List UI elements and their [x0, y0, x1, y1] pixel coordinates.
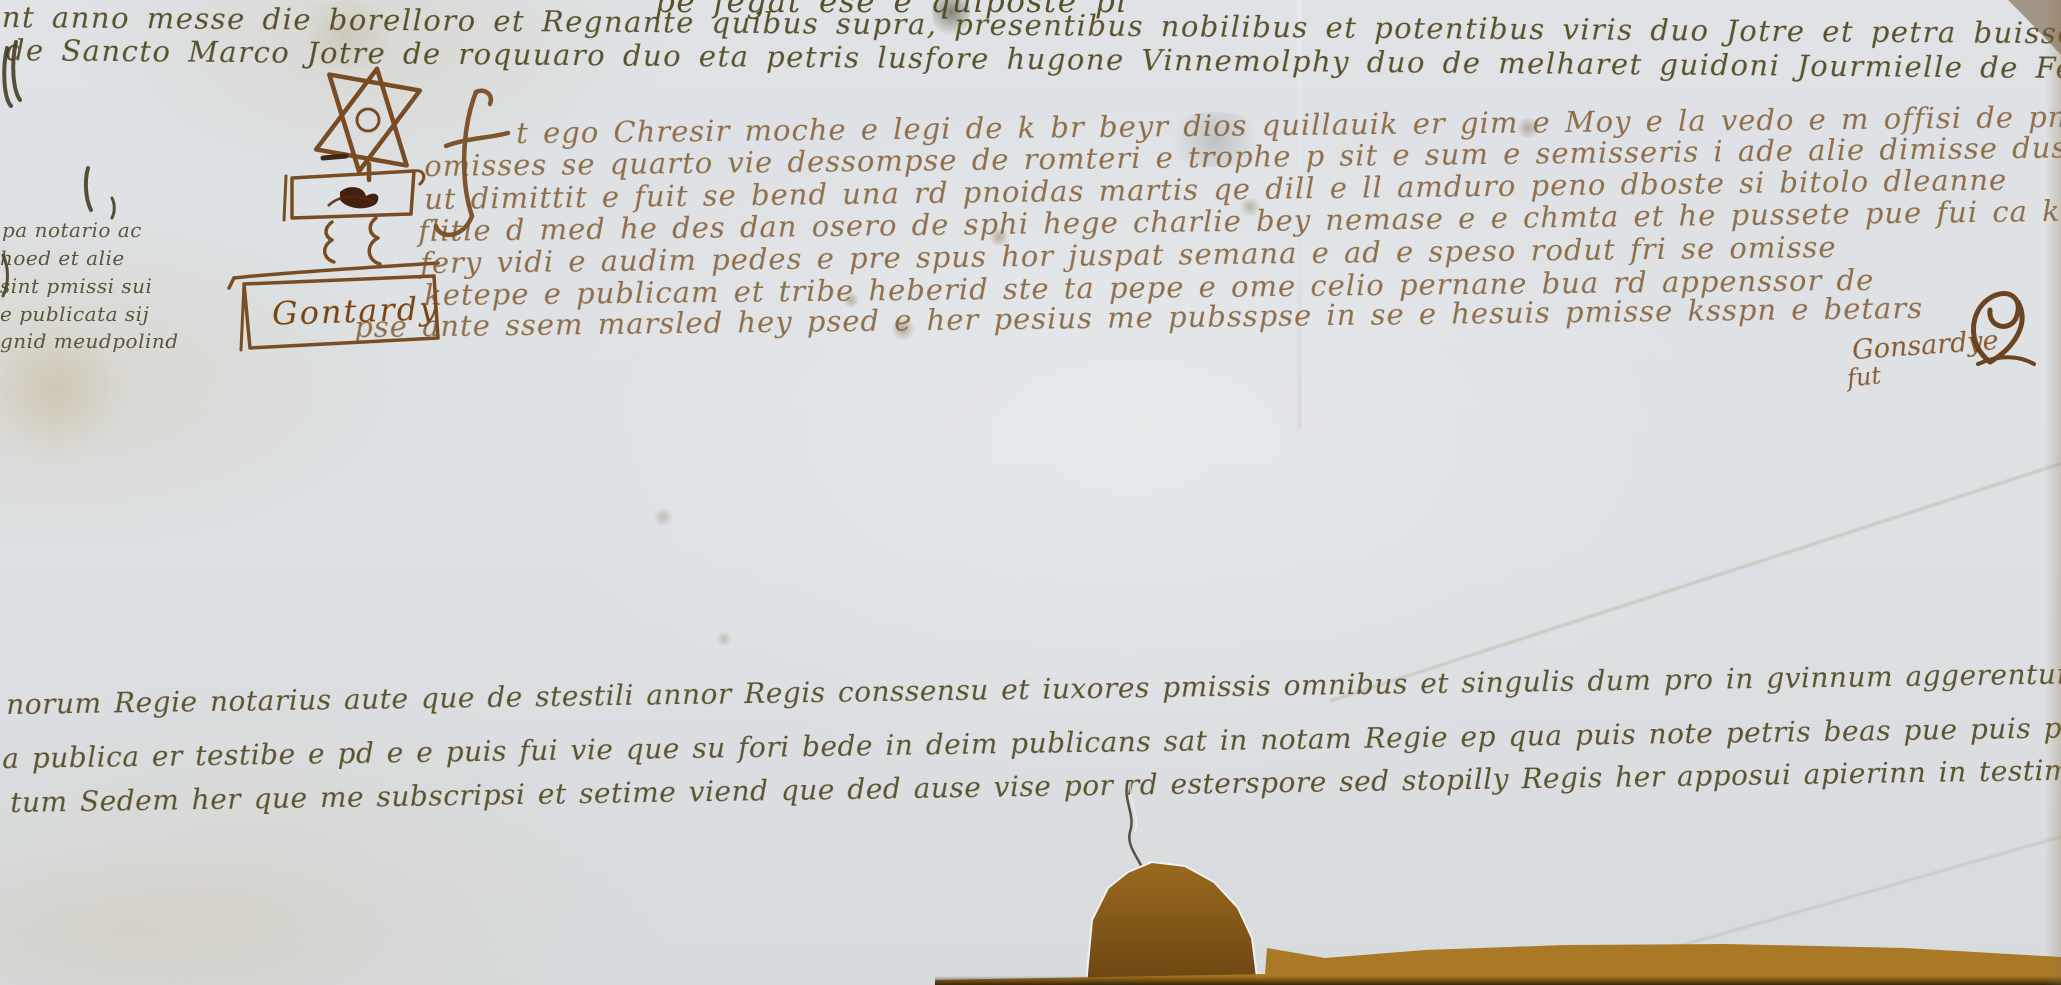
- margin-note-line: hoed et alie: [0, 246, 125, 270]
- manuscript-photo: pe fegat ese e quiposte pi nt anno messe…: [0, 0, 2061, 985]
- margin-note-line: gnid meudpolind: [0, 329, 179, 353]
- stain: [0, 840, 420, 985]
- margin-note-line: sint pmissi sui: [0, 274, 152, 298]
- margin-note-line: e publicata sij: [0, 302, 149, 326]
- parchment-right-edge-shadow: [2045, 0, 2061, 985]
- table-shadow-strip: [935, 976, 2061, 985]
- manuscript-line: norum Regie notarius aute que de stestil…: [6, 655, 2061, 721]
- stain: [652, 508, 674, 526]
- margin-note-line: pa notario ac: [2, 218, 142, 242]
- paraph-knot-icon: [1960, 284, 2038, 370]
- closing-signature-word: fut: [1846, 361, 1883, 392]
- stain: [715, 632, 733, 646]
